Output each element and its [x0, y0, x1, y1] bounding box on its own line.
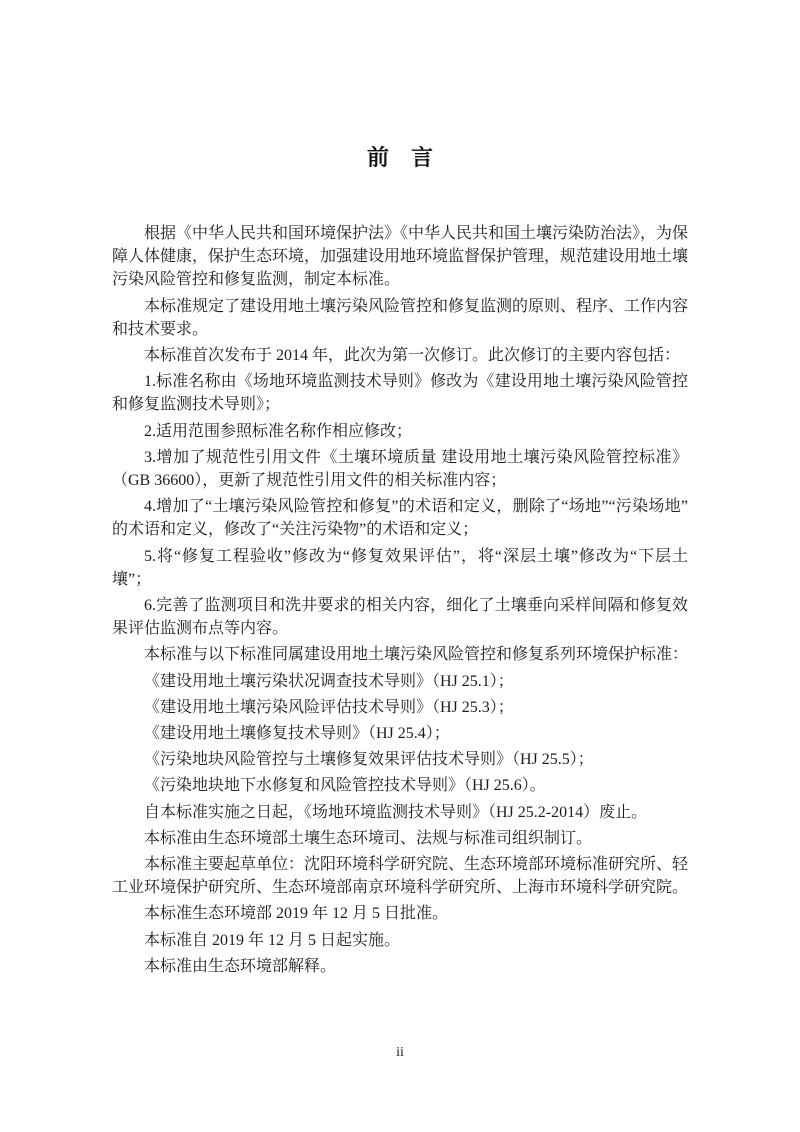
paragraph-standard-hj25-1: 《建设用地土壤污染状况调查技术导则》（HJ 25.1）；	[112, 670, 688, 693]
page-title: 前 言	[112, 143, 688, 173]
preface-content: 前 言 根据《中华人民共和国环境保护法》《中华人民共和国土壤污染防治法》，为保障…	[112, 143, 688, 981]
paragraph-standard-hj25-5: 《污染地块风险管控与土壤修复效果评估技术导则》（HJ 25.5）；	[112, 748, 688, 771]
paragraph-scope: 本标准规定了建设用地土壤污染风险管控和修复监测的原则、程序、工作内容和技术要求。	[112, 295, 688, 341]
paragraph-revision-intro: 本标准首次发布于 2014 年，此次为第一次修订。此次修订的主要内容包括：	[112, 344, 688, 367]
paragraph-revision-item-4: 4.增加了“土壤污染风险管控和修复”的术语和定义，删除了“场地”“污染场地”的术…	[112, 495, 688, 541]
paragraph-revision-item-5: 5.将“修复工程验收”修改为“修复效果评估”，将“深层土壤”修改为“下层土壤”；	[112, 545, 688, 591]
paragraph-standard-hj25-3: 《建设用地土壤污染风险评估技术导则》（HJ 25.3）；	[112, 696, 688, 719]
paragraph-revision-item-3: 3.增加了规范性引用文件《土壤环境质量 建设用地土壤污染风险管控标准》（GB 3…	[112, 446, 688, 492]
paragraph-series-intro: 本标准与以下标准同属建设用地土壤污染风险管控和修复系列环境保护标准：	[112, 643, 688, 666]
document-page: 前 言 根据《中华人民共和国环境保护法》《中华人民共和国土壤污染防治法》，为保障…	[0, 0, 800, 1132]
page-number: ii	[0, 1044, 800, 1062]
paragraph-revision-item-6: 6.完善了监测项目和洗井要求的相关内容，细化了土壤垂向采样间隔和修复效果评估监测…	[112, 594, 688, 640]
paragraph-standard-hj25-6: 《污染地块地下水修复和风险管控技术导则》（HJ 25.6）。	[112, 774, 688, 797]
paragraph-standard-hj25-4: 《建设用地土壤修复技术导则》（HJ 25.4）；	[112, 722, 688, 745]
paragraph-revision-item-1: 1.标准名称由《场地环境监测技术导则》修改为《建设用地土壤污染风险管控和修复监测…	[112, 370, 688, 416]
paragraph-drafting-units: 本标准主要起草单位：沈阳环境科学研究院、生态环境部环境标准研究所、轻工业环境保护…	[112, 853, 688, 899]
paragraph-organizer: 本标准由生态环境部土壤生态环境司、法规与标准司组织制订。	[112, 827, 688, 850]
paragraph-interpretation: 本标准由生态环境部解释。	[112, 955, 688, 978]
paragraph-approval-date: 本标准生态环境部 2019 年 12 月 5 日批准。	[112, 902, 688, 925]
paragraph-basis: 根据《中华人民共和国环境保护法》《中华人民共和国土壤污染防治法》，为保障人体健康…	[112, 222, 688, 292]
paragraph-implementation-date: 本标准自 2019 年 12 月 5 日起实施。	[112, 929, 688, 952]
paragraph-repeal-notice: 自本标准实施之日起，《场地环境监测技术导则》（HJ 25.2-2014）废止。	[112, 801, 688, 824]
paragraph-revision-item-2: 2.适用范围参照标准名称作相应修改；	[112, 420, 688, 443]
